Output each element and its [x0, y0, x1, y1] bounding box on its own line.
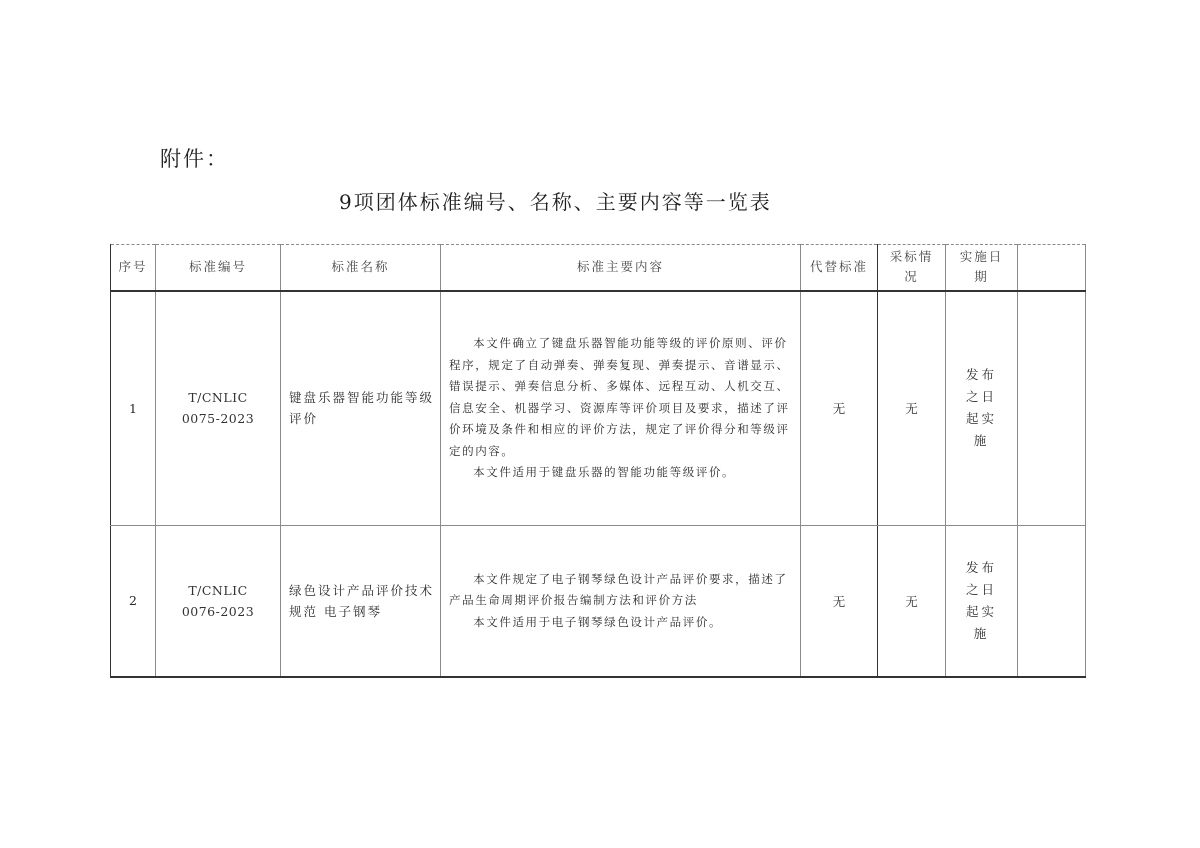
- header-content: 标准主要内容: [441, 245, 801, 291]
- code-line-2: 0076-2023: [156, 601, 280, 622]
- cell-serial: 1: [111, 291, 156, 526]
- code-line-2: 0075-2023: [156, 408, 280, 429]
- header-adoption: 采标情况: [878, 245, 946, 291]
- cell-content: 本文件确立了键盘乐器智能功能等级的评价原则、评价程序，规定了自动弹奏、弹奏复现、…: [441, 291, 801, 526]
- header-replaces: 代替标准: [801, 245, 878, 291]
- content-paragraph-2: 本文件适用于电子钢琴绿色设计产品评价。: [449, 612, 794, 634]
- table-row: 1 T/CNLIC 0075-2023 键盘乐器智能功能等级评价 本文件确立了键…: [111, 291, 1086, 526]
- header-code: 标准编号: [156, 245, 281, 291]
- cell-replaces: 无: [801, 291, 878, 526]
- table-row: 2 T/CNLIC 0076-2023 绿色设计产品评价技术规范 电子钢琴 本文…: [111, 526, 1086, 677]
- content-paragraph-1: 本文件规定了电子钢琴绿色设计产品评价要求，描述了产品生命周期评价报告编制方法和评…: [449, 569, 794, 612]
- cell-extra: [1018, 291, 1086, 526]
- cell-effective: 发布之日起实施: [946, 526, 1018, 677]
- cell-replaces: 无: [801, 526, 878, 677]
- code-line-1: T/CNLIC: [156, 387, 280, 408]
- code-line-1: T/CNLIC: [156, 580, 280, 601]
- cell-effective: 发布之日起实施: [946, 291, 1018, 526]
- content-paragraph-2: 本文件适用于键盘乐器的智能功能等级评价。: [449, 462, 794, 484]
- header-effective: 实施日期: [946, 245, 1018, 291]
- cell-content: 本文件规定了电子钢琴绿色设计产品评价要求，描述了产品生命周期评价报告编制方法和评…: [441, 526, 801, 677]
- header-name: 标准名称: [281, 245, 441, 291]
- table-header-row: 序号 标准编号 标准名称 标准主要内容 代替标准 采标情况 实施日期: [111, 245, 1086, 291]
- cell-name: 键盘乐器智能功能等级评价: [281, 291, 441, 526]
- content-paragraph-1: 本文件确立了键盘乐器智能功能等级的评价原则、评价程序，规定了自动弹奏、弹奏复现、…: [449, 333, 794, 462]
- attachment-label: 附件：: [160, 143, 229, 173]
- cell-name: 绿色设计产品评价技术规范 电子钢琴: [281, 526, 441, 677]
- document-title: 9项团体标准编号、名称、主要内容等一览表: [339, 186, 772, 215]
- cell-code: T/CNLIC 0076-2023: [156, 526, 281, 677]
- standards-table: 序号 标准编号 标准名称 标准主要内容 代替标准 采标情况 实施日期 1 T/C…: [110, 244, 1086, 678]
- cell-serial: 2: [111, 526, 156, 677]
- header-serial: 序号: [111, 245, 156, 291]
- cell-adoption: 无: [878, 526, 946, 677]
- cell-extra: [1018, 526, 1086, 677]
- cell-code: T/CNLIC 0075-2023: [156, 291, 281, 526]
- header-extra: [1018, 245, 1086, 291]
- cell-adoption: 无: [878, 291, 946, 526]
